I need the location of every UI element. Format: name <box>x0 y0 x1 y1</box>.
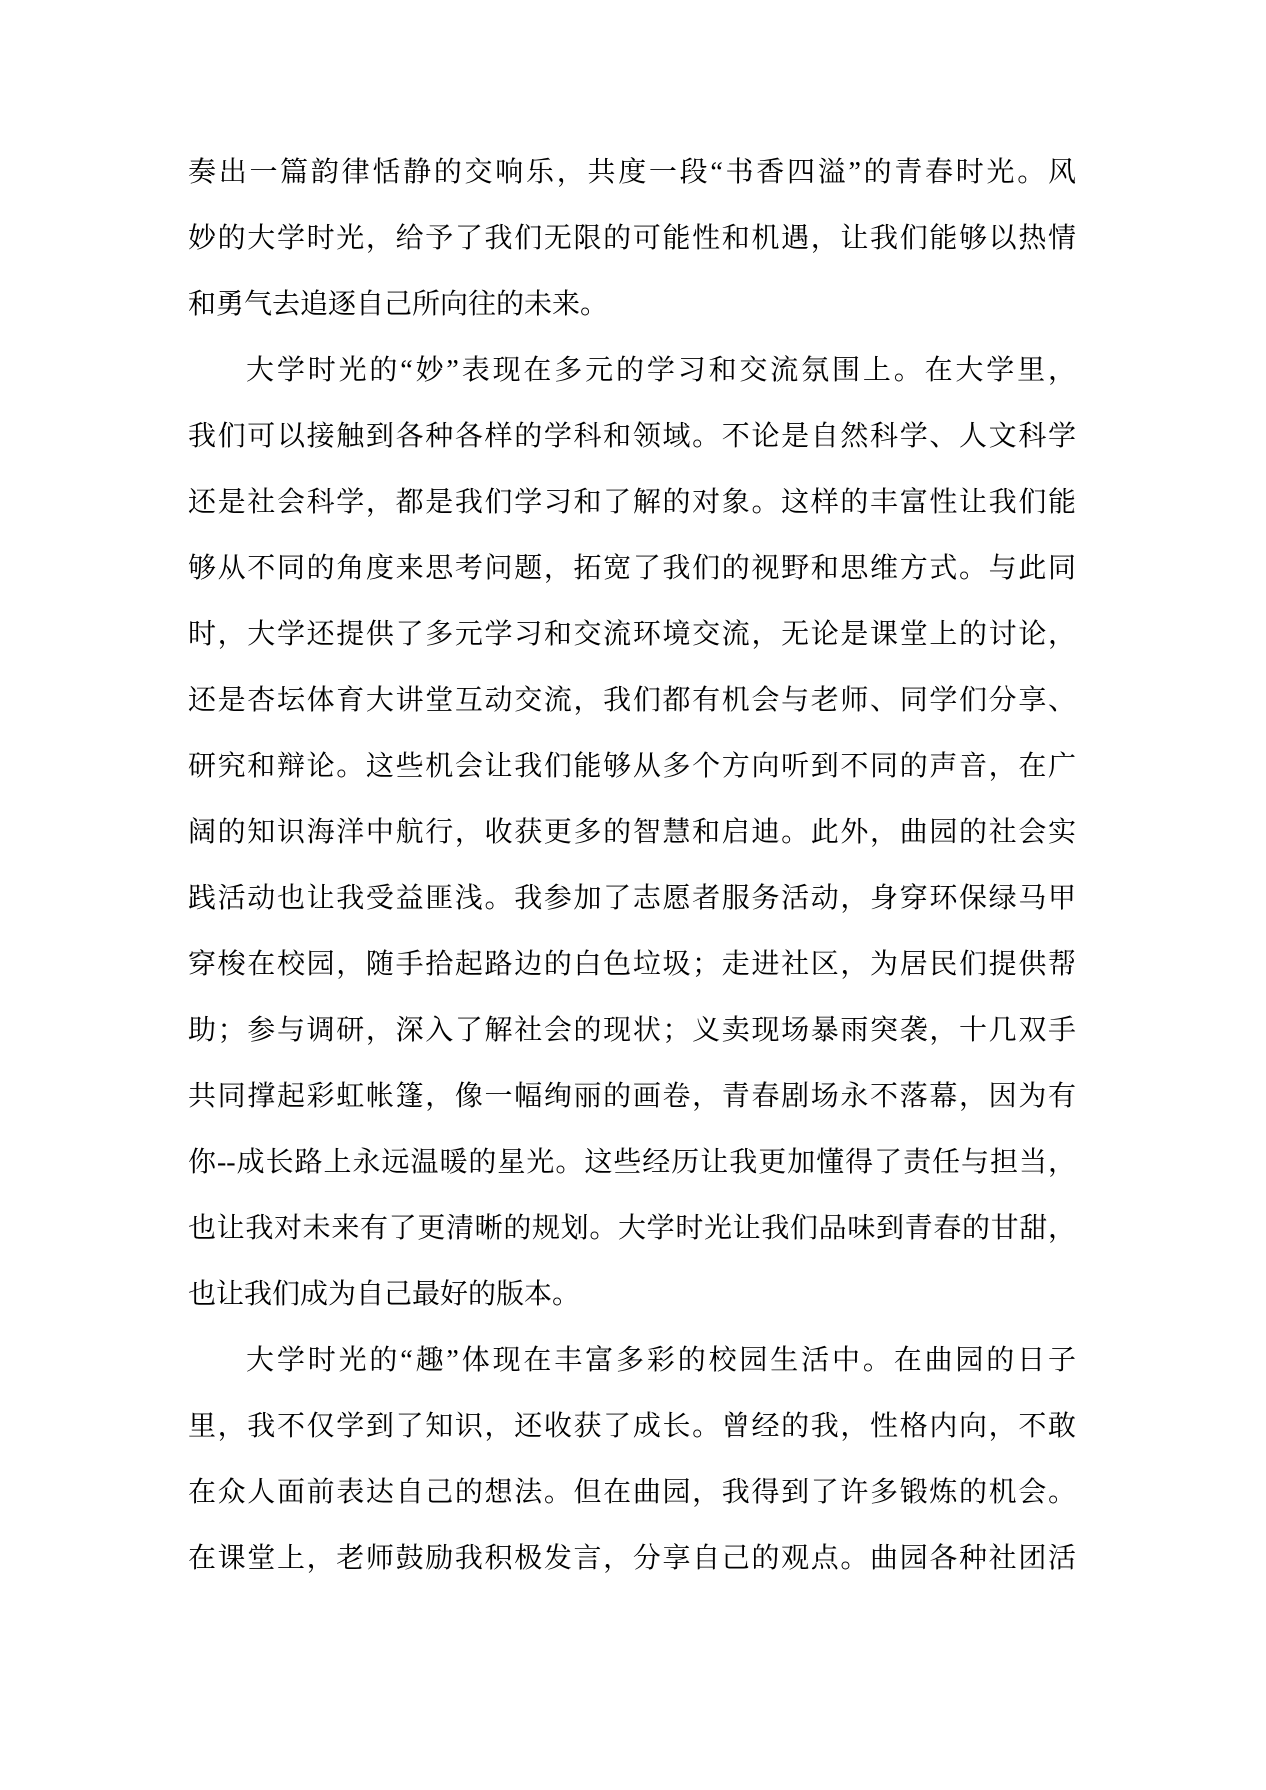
text-line: 阔的知识海洋中航行，收获更多的智慧和启迪。此外，曲园的社会实 <box>188 800 1076 866</box>
document-page: 奏出一篇韵律恬静的交响乐，共度一段“书香四溢”的青春时光。风妙的大学时光，给予了… <box>0 0 1266 1790</box>
text-line: 在众人面前表达自己的想法。但在曲园，我得到了许多锻炼的机会。 <box>188 1460 1076 1526</box>
text-line: 助；参与调研，深入了解社会的现状；义卖现场暴雨突袭，十几双手 <box>188 998 1076 1064</box>
text-line: 够从不同的角度来思考问题，拓宽了我们的视野和思维方式。与此同 <box>188 536 1076 602</box>
text-line: 大学时光的“妙”表现在多元的学习和交流氛围上。在大学里， <box>188 338 1076 404</box>
text-line: 共同撑起彩虹帐篷，像一幅绚丽的画卷，青春剧场永不落幕，因为有 <box>188 1064 1076 1130</box>
text-line: 还是社会科学，都是我们学习和了解的对象。这样的丰富性让我们能 <box>188 470 1076 536</box>
text-line: 践活动也让我受益匪浅。我参加了志愿者服务活动，身穿环保绿马甲 <box>188 866 1076 932</box>
text-line: 里，我不仅学到了知识，还收获了成长。曾经的我，性格内向，不敢 <box>188 1394 1076 1460</box>
text-line: 还是杏坛体育大讲堂互动交流，我们都有机会与老师、同学们分享、 <box>188 668 1076 734</box>
text-line: 我们可以接触到各种各样的学科和领域。不论是自然科学、人文科学 <box>188 404 1076 470</box>
text-line: 在课堂上，老师鼓励我积极发言，分享自己的观点。曲园各种社团活 <box>188 1526 1076 1592</box>
text-line: 时，大学还提供了多元学习和交流环境交流，无论是课堂上的讨论， <box>188 602 1076 668</box>
text-line: 和勇气去追逐自己所向往的未来。 <box>188 272 1076 338</box>
text-line: 你--成长路上永远温暖的星光。这些经历让我更加懂得了责任与担当， <box>188 1130 1076 1196</box>
text-line: 穿梭在校园，随手拾起路边的白色垃圾；走进社区，为居民们提供帮 <box>188 932 1076 998</box>
text-line: 妙的大学时光，给予了我们无限的可能性和机遇，让我们能够以热情 <box>188 206 1076 272</box>
text-line: 也让我对未来有了更清晰的规划。大学时光让我们品味到青春的甘甜， <box>188 1196 1076 1262</box>
document-text: 奏出一篇韵律恬静的交响乐，共度一段“书香四溢”的青春时光。风妙的大学时光，给予了… <box>188 140 1076 1592</box>
text-line: 也让我们成为自己最好的版本。 <box>188 1262 1076 1328</box>
text-line: 研究和辩论。这些机会让我们能够从多个方向听到不同的声音，在广 <box>188 734 1076 800</box>
text-line: 大学时光的“趣”体现在丰富多彩的校园生活中。在曲园的日子 <box>188 1328 1076 1394</box>
text-line: 奏出一篇韵律恬静的交响乐，共度一段“书香四溢”的青春时光。风 <box>188 140 1076 206</box>
